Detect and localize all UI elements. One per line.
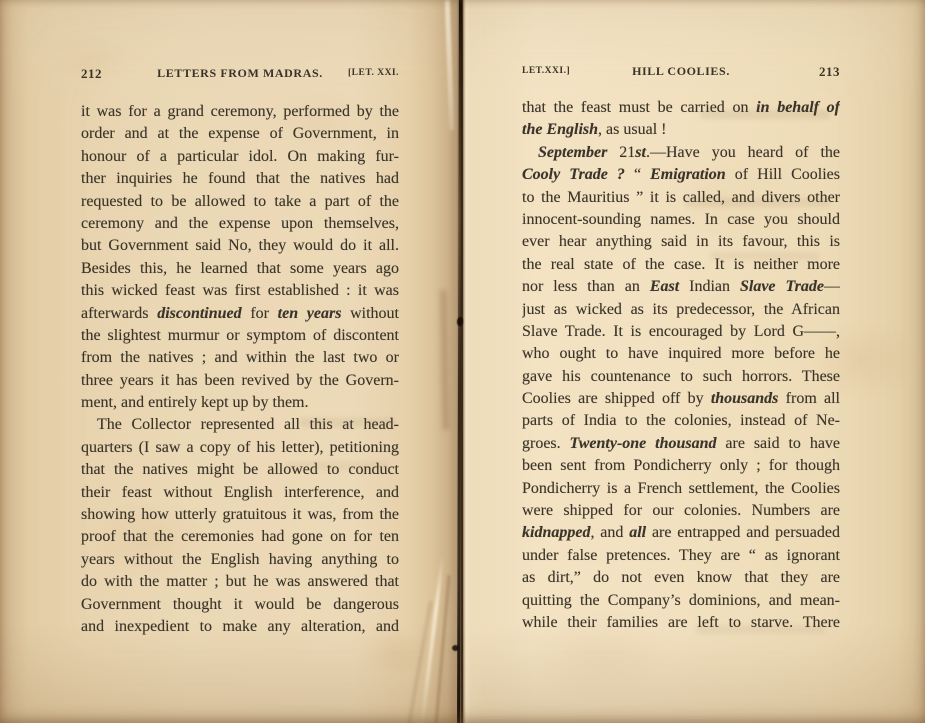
text-line: this wicked feast was first established …: [81, 280, 399, 302]
text-line: and inexpedient to make any alteration, …: [81, 616, 399, 638]
text-line: from the natives ; and within the last t…: [81, 347, 399, 369]
text-line: ther inquiries he found that the natives…: [81, 168, 399, 190]
text-line: nor less than an East Indian Slave Trade…: [522, 276, 840, 298]
text-line: three years it has been revived by the G…: [81, 370, 399, 392]
text-line: it was for a grand ceremony, performed b…: [81, 101, 399, 123]
text-line: Government thought it would be dangerous: [81, 594, 399, 616]
text-line: Slave Trade. It is encouraged by Lord G—…: [522, 321, 840, 343]
text-line: to the Mauritius ” it is called, and div…: [522, 187, 840, 209]
text-line: requested to be allowed to take a part o…: [81, 191, 399, 213]
text-line: their feast without English interference…: [81, 482, 399, 504]
text-line: groes. Twenty-one thousand are said to h…: [522, 433, 840, 455]
text-line: proof that the ceremonies had gone on fo…: [81, 526, 399, 548]
text-line: ceremony and the expense upon themselves…: [81, 213, 399, 235]
text-line: but Government said No, they would do it…: [81, 235, 399, 257]
text-line: years without the English having anythin…: [81, 549, 399, 571]
text-line: the real state of the case. It is neithe…: [522, 254, 840, 276]
text-line: September 21st.—Have you heard of the: [522, 142, 840, 164]
text-line: The Collector represented all this at he…: [81, 414, 399, 436]
text-line: Pondicherry is a French settlement, the …: [522, 478, 840, 500]
text-line: who ought to have inquired more before h…: [522, 343, 840, 365]
text-block: it was for a grand ceremony, performed b…: [81, 101, 399, 638]
text-line: Coolies are shipped off by thousands fro…: [522, 388, 840, 410]
text-line: Besides this, he learned that some years…: [81, 258, 399, 280]
book-page-right: LET.XXI.] HILL COOLIES. 213 that the fea…: [460, 0, 925, 723]
text-line: afterwards discontinued for ten years wi…: [81, 303, 399, 325]
letter-reference: LET.XXI.]: [522, 64, 570, 79]
text-line: do with the matter ; but he was answered…: [81, 571, 399, 593]
text-line: were shipped for our colonies. Numbers a…: [522, 500, 840, 522]
book-scan: 212 LETTERS FROM MADRAS. [LET. XXI. it w…: [0, 0, 925, 723]
text-line: parts of India to the colonies, instead …: [522, 410, 840, 432]
text-line: that the feast must be carried on in beh…: [522, 97, 840, 119]
text-line: innocent-sounding names. In case you sho…: [522, 209, 840, 231]
book-page-left: 212 LETTERS FROM MADRAS. [LET. XXI. it w…: [0, 0, 460, 723]
page-header: 212 LETTERS FROM MADRAS. [LET. XXI.: [81, 66, 399, 81]
text-line: order and at the expense of Government, …: [81, 123, 399, 145]
text-line: ment, and entirely kept up by them.: [81, 392, 399, 414]
text-line: the English, as usual !: [522, 119, 840, 141]
letter-reference: [LET. XXI.: [348, 66, 399, 81]
text-line: quarters (I saw a copy of his letter), p…: [81, 437, 399, 459]
text-line: been sent from Pondicherry only ; for th…: [522, 455, 840, 477]
text-line: Cooly Trade ? “ Emigration of Hill Cooli…: [522, 164, 840, 186]
page-number: 212: [81, 66, 102, 81]
text-line: honour of a particular idol. On making f…: [81, 146, 399, 168]
page-number: 213: [819, 64, 840, 79]
text-line: kidnapped, and all are entrapped and per…: [522, 522, 840, 544]
page-header: LET.XXI.] HILL COOLIES. 213: [522, 64, 840, 79]
text-line: under false pretences. They are “ as ign…: [522, 545, 840, 567]
text-line: the slightest murmur or symptom of disco…: [81, 325, 399, 347]
text-line: as dirt,” do not even know that they are: [522, 567, 840, 589]
text-block: that the feast must be carried on in beh…: [522, 97, 840, 634]
text-line: that the natives might be allowed to con…: [81, 459, 399, 481]
text-line: while their families are left to starve.…: [522, 612, 840, 634]
text-line: gave his countenance to such horrors. Th…: [522, 366, 840, 388]
text-line: just as wicked as its predecessor, the A…: [522, 299, 840, 321]
text-line: ever hear anything said in its favour, t…: [522, 231, 840, 253]
text-line: quitting the Company’s dominions, and me…: [522, 590, 840, 612]
text-line: showing how utterly gratuitous it was, f…: [81, 504, 399, 526]
